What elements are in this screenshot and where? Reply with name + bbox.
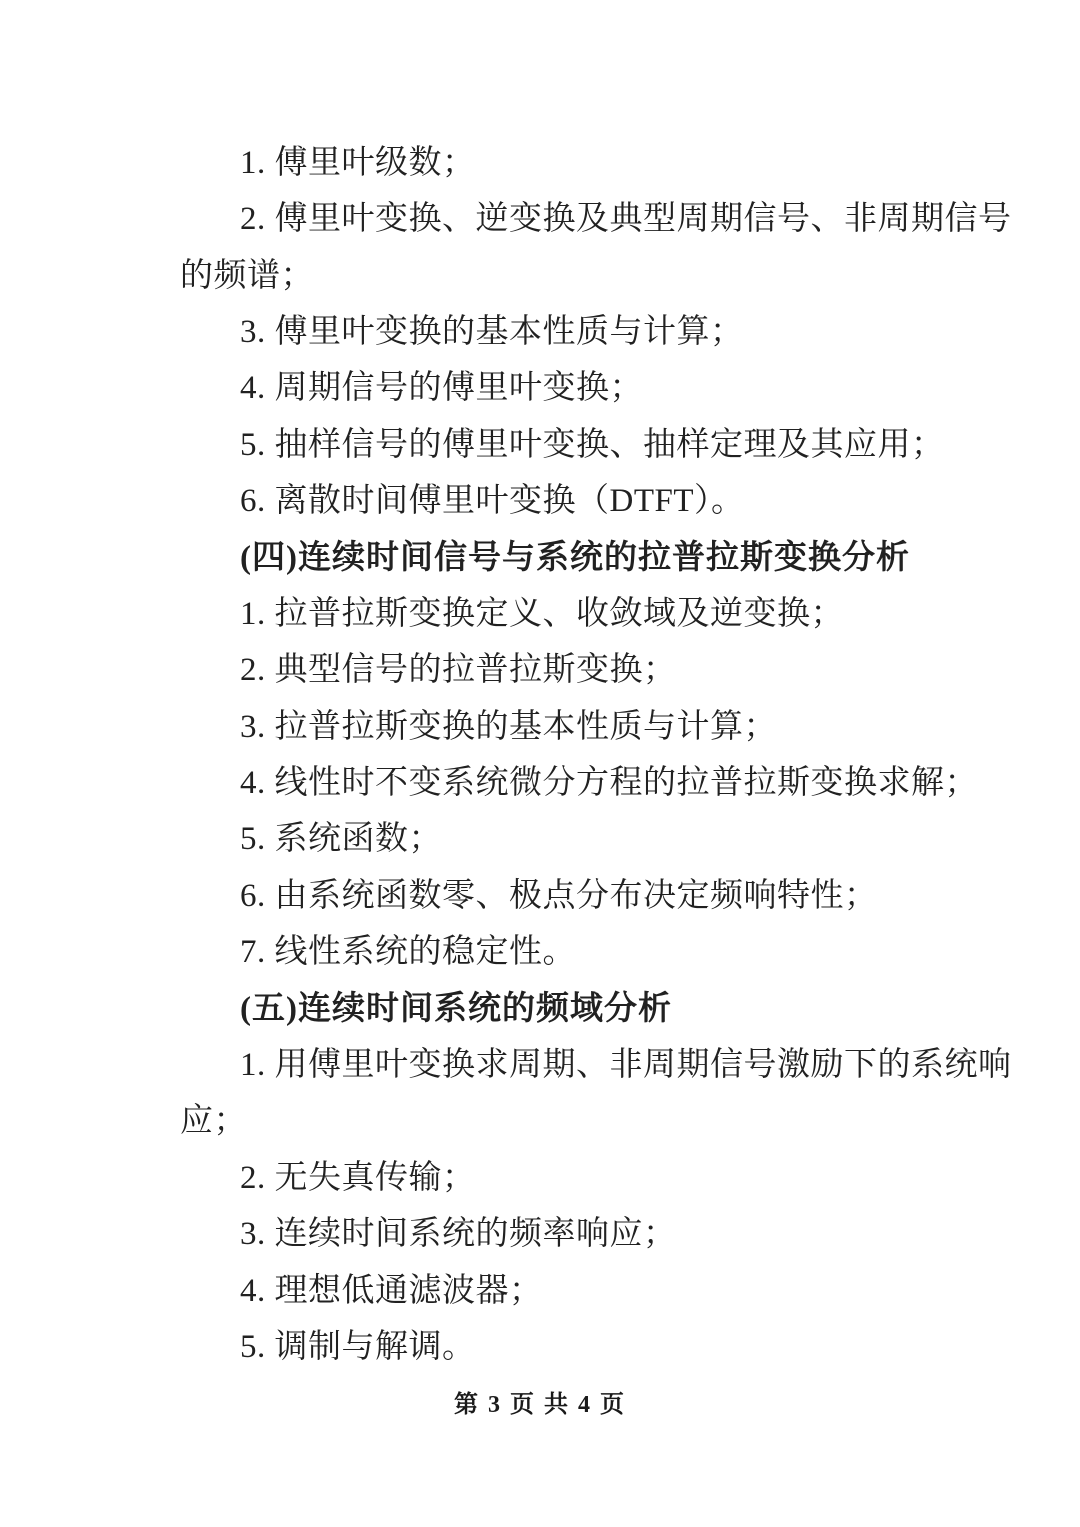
section-heading: (五)连续时间系统的频域分析	[180, 981, 902, 1037]
text-line: 3. 连续时间系统的频率响应；	[180, 1206, 902, 1262]
text-line: 2. 无失真传输；	[180, 1150, 902, 1206]
text-line: 2. 傅里叶变换、逆变换及典型周期信号、非周期信号	[180, 191, 902, 247]
text-line: 的频谱；	[180, 248, 902, 304]
page-number-footer: 第 3 页 共 4 页	[0, 1380, 1080, 1430]
text-line: 6. 由系统函数零、极点分布决定频响特性；	[180, 868, 902, 924]
text-line: 5. 调制与解调。	[180, 1319, 902, 1375]
text-line: 5. 抽样信号的傅里叶变换、抽样定理及其应用；	[180, 417, 902, 473]
text-line: 2. 典型信号的拉普拉斯变换；	[180, 642, 902, 698]
document-page: 1. 傅里叶级数；2. 傅里叶变换、逆变换及典型周期信号、非周期信号的频谱；3.…	[0, 0, 1080, 1527]
section-heading: (四)连续时间信号与系统的拉普拉斯变换分析	[180, 530, 902, 586]
text-line: 4. 理想低通滤波器；	[180, 1263, 902, 1319]
text-line: 4. 线性时不变系统微分方程的拉普拉斯变换求解；	[180, 755, 902, 811]
text-line: 7. 线性系统的稳定性。	[180, 924, 902, 980]
text-line: 1. 傅里叶级数；	[180, 135, 902, 191]
text-line: 1. 拉普拉斯变换定义、收敛域及逆变换；	[180, 586, 902, 642]
document-body: 1. 傅里叶级数；2. 傅里叶变换、逆变换及典型周期信号、非周期信号的频谱；3.…	[180, 135, 902, 1376]
text-line: 5. 系统函数；	[180, 811, 902, 867]
text-line: 应；	[180, 1093, 902, 1149]
text-line: 6. 离散时间傅里叶变换（DTFT）。	[180, 473, 902, 529]
text-line: 3. 傅里叶变换的基本性质与计算；	[180, 304, 902, 360]
text-line: 4. 周期信号的傅里叶变换；	[180, 360, 902, 416]
text-line: 1. 用傅里叶变换求周期、非周期信号激励下的系统响	[180, 1037, 902, 1093]
text-line: 3. 拉普拉斯变换的基本性质与计算；	[180, 699, 902, 755]
